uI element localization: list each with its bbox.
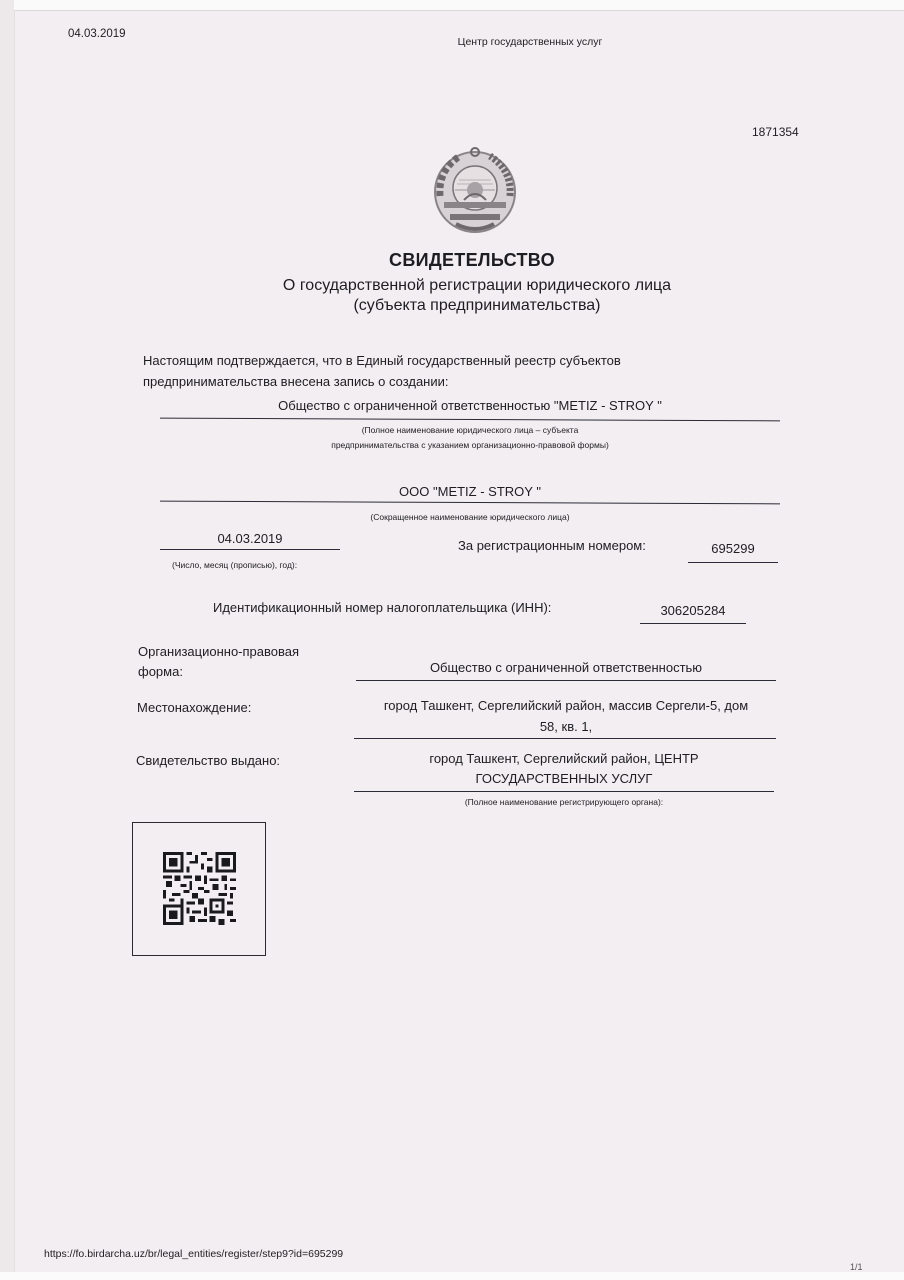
issued-by-caption: (Полное наименование регистрирующего орг… — [354, 795, 774, 810]
full-name-underline — [160, 418, 780, 422]
certificate-subtitle: О государственной регистрации юридическо… — [0, 276, 904, 316]
location-value-line-2: 58, кв. 1, — [354, 716, 778, 737]
legal-form-label-line-2: форма: — [138, 662, 299, 682]
inn-underline — [640, 623, 746, 624]
full-name-caption-line-2: предпринимательства с указанием организа… — [160, 438, 780, 453]
legal-form-value: Общество с ограниченной ответственностью — [356, 660, 776, 675]
issued-by-label: Свидетельство выдано: — [136, 751, 280, 771]
registration-date-value: 04.03.2019 — [160, 531, 340, 546]
short-name-caption: (Сокращенное наименование юридического л… — [160, 510, 780, 525]
intro-text: Настоящим подтверждается, что в Единый г… — [143, 350, 703, 392]
legal-form-underline — [356, 680, 776, 681]
qr-code-icon — [163, 852, 236, 925]
full-name-caption: (Полное наименование юридического лица –… — [160, 423, 780, 453]
issued-by-value-line-1: город Ташкент, Сергелийский район, ЦЕНТР — [354, 749, 774, 769]
intro-line-1: Настоящим подтверждается, что в Единый г… — [143, 350, 703, 371]
registration-number-value: 695299 — [688, 541, 778, 556]
location-value: город Ташкент, Сергелийский район, масси… — [354, 695, 778, 737]
issued-by-value-line-2: ГОСУДАРСТВЕННЫХ УСЛУГ — [354, 769, 774, 789]
issued-by-value: город Ташкент, Сергелийский район, ЦЕНТР… — [354, 749, 774, 789]
registration-date-caption: (Число, месяц (прописью), год): — [172, 558, 332, 573]
registration-number-label: За регистрационным номером: — [458, 536, 646, 556]
issuer-header: Центр государственных услуг — [0, 36, 904, 48]
certificate-title: СВИДЕТЕЛЬСТВО — [0, 250, 904, 271]
footer-url: https://fo.birdarcha.uz/br/legal_entitie… — [44, 1248, 343, 1260]
inn-value: 306205284 — [640, 603, 746, 618]
full-name-caption-line-1: (Полное наименование юридического лица –… — [160, 423, 780, 438]
subtitle-line-1: О государственной регистрации юридическо… — [0, 276, 904, 296]
full-name-value: Общество с ограниченной ответственностью… — [160, 398, 780, 413]
qr-code-frame — [132, 822, 266, 956]
subtitle-line-2: (субъекта предпринимательства) — [0, 296, 904, 316]
short-name-value: ООО "METIZ - STROY " — [160, 484, 780, 499]
registration-number-underline — [688, 562, 778, 563]
location-underline — [354, 738, 776, 739]
legal-form-label-line-1: Организационно-правовая — [138, 642, 299, 662]
scan-edge-bottom — [0, 1272, 904, 1280]
short-name-underline — [160, 501, 780, 505]
location-value-line-1: город Ташкент, Сергелийский район, масси… — [354, 695, 778, 716]
registration-date-underline — [160, 549, 340, 550]
inn-label: Идентификационный номер налогоплательщик… — [213, 598, 551, 618]
state-emblem-icon — [426, 140, 524, 238]
legal-form-label: Организационно-правовая форма: — [138, 642, 299, 682]
scan-edge-left — [0, 0, 15, 1280]
issued-by-underline — [354, 791, 774, 792]
location-label: Местонахождение: — [137, 698, 251, 718]
footer-page-number: 1/1 — [850, 1262, 863, 1272]
intro-line-2: предпринимательства внесена запись о соз… — [143, 371, 703, 392]
document-number: 1871354 — [752, 125, 799, 139]
scan-edge-top — [14, 0, 904, 11]
